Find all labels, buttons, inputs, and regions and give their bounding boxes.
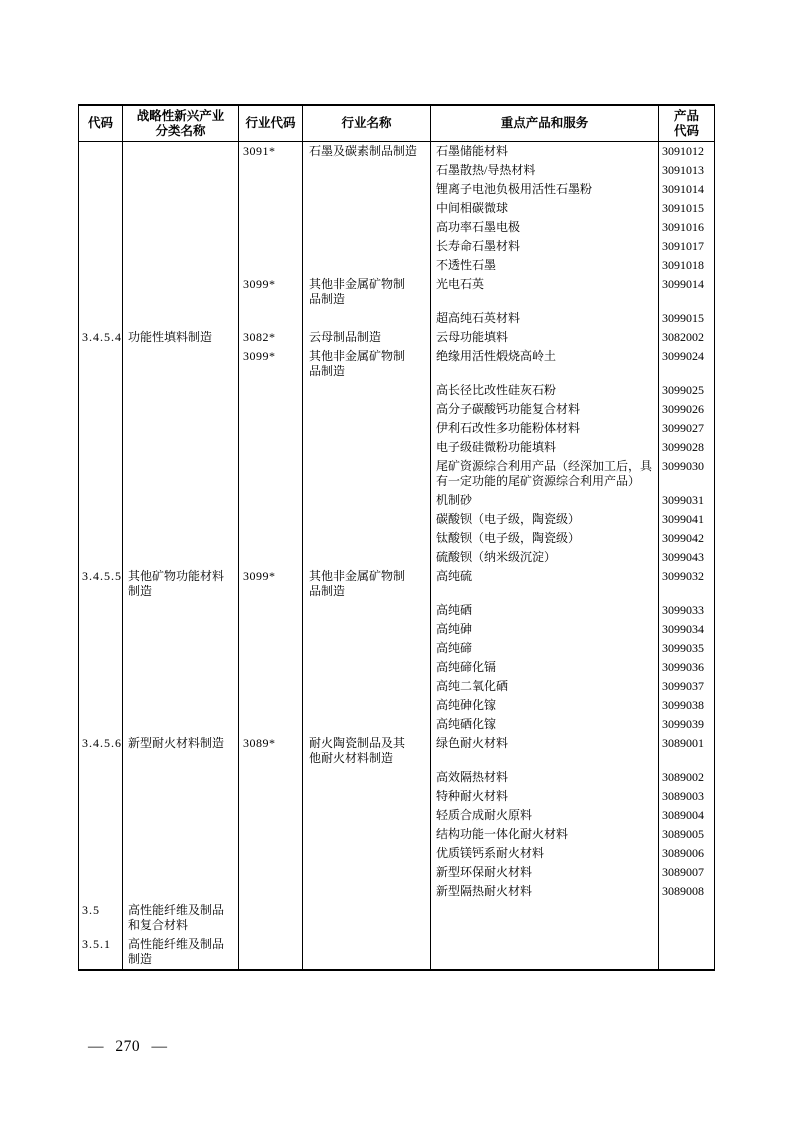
cell-product-code: 3099015 <box>659 309 714 328</box>
cell-code <box>79 620 123 639</box>
cell-industry-code <box>239 491 303 510</box>
cell-code <box>79 715 123 734</box>
cell-product-code: 3099025 <box>659 381 714 400</box>
cell-product: 超高纯石英材料 <box>431 309 659 328</box>
cell-class-name <box>123 529 239 548</box>
cell-code <box>79 218 123 237</box>
table-row: 3091*石墨及碳素制品制造石墨储能材料3091012 <box>79 142 714 161</box>
cell-industry-name <box>303 381 431 400</box>
table-row: 新型环保耐火材料3089007 <box>79 863 714 882</box>
cell-industry-name <box>303 935 431 969</box>
table-row: 高效隔热材料3089002 <box>79 768 714 787</box>
cell-product-code: 3099028 <box>659 438 714 457</box>
cell-product: 高纯砷化镓 <box>431 696 659 715</box>
cell-industry-code <box>239 768 303 787</box>
cell-industry-code <box>239 400 303 419</box>
table-row: 轻质合成耐火原料3089004 <box>79 806 714 825</box>
cell-product-code: 3099032 <box>659 567 714 601</box>
cell-industry-name <box>303 677 431 696</box>
cell-industry-name <box>303 457 431 491</box>
cell-product-code: 3082002 <box>659 328 714 347</box>
cell-product: 高长径比改性硅灰石粉 <box>431 381 659 400</box>
cell-class-name <box>123 218 239 237</box>
cell-product: 高功率石墨电极 <box>431 218 659 237</box>
cell-class-name <box>123 715 239 734</box>
cell-class-name <box>123 882 239 901</box>
cell-code <box>79 529 123 548</box>
cell-industry-name <box>303 639 431 658</box>
cell-product-code <box>659 901 714 935</box>
column-header-product-code: 产品 代码 <box>659 106 714 141</box>
cell-industry-code <box>239 696 303 715</box>
cell-code <box>79 658 123 677</box>
cell-product-code <box>659 935 714 969</box>
table-row: 3099*其他非金属矿物制 品制造光电石英3099014 <box>79 275 714 309</box>
cell-code <box>79 161 123 180</box>
cell-product: 高纯硫 <box>431 567 659 601</box>
cell-product: 高纯碲 <box>431 639 659 658</box>
cell-class-name <box>123 457 239 491</box>
cell-class-name <box>123 256 239 275</box>
cell-industry-code <box>239 180 303 199</box>
cell-product-code: 3099031 <box>659 491 714 510</box>
column-header-products-services: 重点产品和服务 <box>431 106 659 141</box>
cell-industry-name <box>303 309 431 328</box>
cell-class-name <box>123 491 239 510</box>
cell-class-name <box>123 180 239 199</box>
cell-industry-code <box>239 620 303 639</box>
cell-industry-code <box>239 548 303 567</box>
table-header-row: 代码 战略性新兴产业 分类名称 行业代码 行业名称 重点产品和服务 产品 代码 <box>79 106 714 142</box>
cell-class-name <box>123 161 239 180</box>
cell-product: 高分子碳酸钙功能复合材料 <box>431 400 659 419</box>
cell-code <box>79 419 123 438</box>
cell-industry-name <box>303 438 431 457</box>
cell-industry-name <box>303 419 431 438</box>
cell-industry-code <box>239 935 303 969</box>
cell-industry-code <box>239 658 303 677</box>
cell-industry-code <box>239 419 303 438</box>
cell-product-code: 3089002 <box>659 768 714 787</box>
cell-product: 云母功能填料 <box>431 328 659 347</box>
cell-industry-name: 耐火陶瓷制品及其 他耐火材料制造 <box>303 734 431 768</box>
cell-product-code: 3099043 <box>659 548 714 567</box>
cell-industry-name <box>303 901 431 935</box>
cell-class-name <box>123 347 239 381</box>
table-row: 新型隔热耐火材料3089008 <box>79 882 714 901</box>
cell-code <box>79 180 123 199</box>
cell-product-code: 3089007 <box>659 863 714 882</box>
cell-industry-code <box>239 218 303 237</box>
cell-industry-name: 其他非金属矿物制 品制造 <box>303 275 431 309</box>
cell-class-name <box>123 309 239 328</box>
cell-product <box>431 935 659 969</box>
cell-industry-code <box>239 161 303 180</box>
cell-industry-name <box>303 882 431 901</box>
cell-product-code: 3091012 <box>659 142 714 161</box>
table-row: 3.5.1高性能纤维及制品 制造 <box>79 935 714 969</box>
table-row: 高纯砷化镓3099038 <box>79 696 714 715</box>
table-row: 3.4.5.6新型耐火材料制造3089*耐火陶瓷制品及其 他耐火材料制造绿色耐火… <box>79 734 714 768</box>
cell-industry-code <box>239 806 303 825</box>
cell-code: 3.5.1 <box>79 935 123 969</box>
cell-product-code: 3099042 <box>659 529 714 548</box>
cell-class-name <box>123 806 239 825</box>
cell-code: 3.4.5.5 <box>79 567 123 601</box>
cell-industry-name <box>303 529 431 548</box>
table-row: 高纯硒3099033 <box>79 601 714 620</box>
cell-product-code: 3089004 <box>659 806 714 825</box>
cell-code <box>79 825 123 844</box>
cell-industry-name: 其他非金属矿物制 品制造 <box>303 567 431 601</box>
cell-code <box>79 457 123 491</box>
cell-product: 中间相碳微球 <box>431 199 659 218</box>
cell-product: 高纯硒化镓 <box>431 715 659 734</box>
table-row: 高分子碳酸钙功能复合材料3099026 <box>79 400 714 419</box>
cell-class-name <box>123 844 239 863</box>
cell-product: 不透性石墨 <box>431 256 659 275</box>
cell-industry-name <box>303 400 431 419</box>
cell-industry-name <box>303 658 431 677</box>
table-row: 长寿命石墨材料3091017 <box>79 237 714 256</box>
cell-product-code: 3089001 <box>659 734 714 768</box>
cell-class-name <box>123 548 239 567</box>
cell-class-name <box>123 419 239 438</box>
cell-industry-code: 3099* <box>239 275 303 309</box>
cell-product-code: 3099024 <box>659 347 714 381</box>
cell-product-code: 3091018 <box>659 256 714 275</box>
cell-class-name <box>123 696 239 715</box>
cell-industry-name <box>303 256 431 275</box>
table-row: 不透性石墨3091018 <box>79 256 714 275</box>
cell-code <box>79 510 123 529</box>
cell-product: 硫酸钡（纳米级沉淀） <box>431 548 659 567</box>
table-row: 高纯碲化镉3099036 <box>79 658 714 677</box>
table-row: 碳酸钡（电子级，陶瓷级）3099041 <box>79 510 714 529</box>
cell-product <box>431 901 659 935</box>
cell-product: 光电石英 <box>431 275 659 309</box>
cell-product: 碳酸钡（电子级，陶瓷级） <box>431 510 659 529</box>
cell-product: 绝缘用活性煅烧高岭土 <box>431 347 659 381</box>
cell-industry-name <box>303 844 431 863</box>
cell-code <box>79 275 123 309</box>
cell-industry-name <box>303 825 431 844</box>
cell-industry-name <box>303 218 431 237</box>
cell-industry-code <box>239 787 303 806</box>
table-row: 高纯硒化镓3099039 <box>79 715 714 734</box>
cell-product-code: 3099035 <box>659 639 714 658</box>
table-row: 伊利石改性多功能粉体材料3099027 <box>79 419 714 438</box>
cell-product-code: 3089008 <box>659 882 714 901</box>
cell-code <box>79 309 123 328</box>
cell-code <box>79 199 123 218</box>
cell-product-code: 3099014 <box>659 275 714 309</box>
cell-product: 石墨储能材料 <box>431 142 659 161</box>
cell-product-code: 3089006 <box>659 844 714 863</box>
cell-code <box>79 438 123 457</box>
table-row: 结构功能一体化耐火材料3089005 <box>79 825 714 844</box>
cell-code <box>79 882 123 901</box>
cell-class-name <box>123 142 239 161</box>
table-row: 尾矿资源综合利用产品（经深加工后，具 有一定功能的尾矿资源综合利用产品）3099… <box>79 457 714 491</box>
cell-code <box>79 787 123 806</box>
cell-class-name <box>123 199 239 218</box>
cell-product: 高纯砷 <box>431 620 659 639</box>
cell-code <box>79 491 123 510</box>
cell-code <box>79 601 123 620</box>
cell-product: 锂离子电池负极用活性石墨粉 <box>431 180 659 199</box>
cell-code <box>79 696 123 715</box>
table-row: 中间相碳微球3091015 <box>79 199 714 218</box>
cell-code <box>79 677 123 696</box>
cell-industry-name <box>303 237 431 256</box>
table-row: 电子级硅微粉功能填料3099028 <box>79 438 714 457</box>
cell-product: 绿色耐火材料 <box>431 734 659 768</box>
cell-code <box>79 142 123 161</box>
table-row: 高功率石墨电极3091016 <box>79 218 714 237</box>
cell-product-code: 3099038 <box>659 696 714 715</box>
page-number: — 270 — <box>88 1038 168 1056</box>
cell-industry-code <box>239 844 303 863</box>
cell-product-code: 3099041 <box>659 510 714 529</box>
table-row: 特种耐火材料3089003 <box>79 787 714 806</box>
cell-industry-code <box>239 825 303 844</box>
table-row: 硫酸钡（纳米级沉淀）3099043 <box>79 548 714 567</box>
cell-class-name: 新型耐火材料制造 <box>123 734 239 768</box>
cell-industry-name: 其他非金属矿物制 品制造 <box>303 347 431 381</box>
cell-product: 电子级硅微粉功能填料 <box>431 438 659 457</box>
cell-industry-name: 云母制品制造 <box>303 328 431 347</box>
cell-class-name <box>123 510 239 529</box>
column-header-code: 代码 <box>79 106 123 141</box>
cell-product: 高纯碲化镉 <box>431 658 659 677</box>
cell-industry-name <box>303 491 431 510</box>
cell-industry-name: 石墨及碳素制品制造 <box>303 142 431 161</box>
cell-industry-name <box>303 787 431 806</box>
cell-industry-code <box>239 381 303 400</box>
cell-code: 3.4.5.6 <box>79 734 123 768</box>
cell-industry-name <box>303 510 431 529</box>
cell-industry-name <box>303 620 431 639</box>
cell-product-code: 3091013 <box>659 161 714 180</box>
column-header-class-name: 战略性新兴产业 分类名称 <box>123 106 239 141</box>
cell-industry-code: 3099* <box>239 567 303 601</box>
cell-industry-code <box>239 529 303 548</box>
table-row: 高纯砷3099034 <box>79 620 714 639</box>
column-header-industry-code: 行业代码 <box>239 106 303 141</box>
cell-industry-code <box>239 901 303 935</box>
cell-class-name <box>123 601 239 620</box>
table-row: 高纯二氧化硒3099037 <box>79 677 714 696</box>
cell-industry-name <box>303 161 431 180</box>
cell-product-code: 3091017 <box>659 237 714 256</box>
cell-product: 高纯硒 <box>431 601 659 620</box>
cell-product: 新型环保耐火材料 <box>431 863 659 882</box>
cell-product-code: 3099034 <box>659 620 714 639</box>
cell-industry-code <box>239 863 303 882</box>
cell-product-code: 3099039 <box>659 715 714 734</box>
cell-product-code: 3091014 <box>659 180 714 199</box>
table-row: 3.5高性能纤维及制品 和复合材料 <box>79 901 714 935</box>
cell-product-code: 3099030 <box>659 457 714 491</box>
cell-product: 尾矿资源综合利用产品（经深加工后，具 有一定功能的尾矿资源综合利用产品） <box>431 457 659 491</box>
cell-class-name: 高性能纤维及制品 制造 <box>123 935 239 969</box>
cell-industry-code <box>239 601 303 620</box>
cell-code <box>79 844 123 863</box>
cell-product-code: 3099027 <box>659 419 714 438</box>
cell-product-code: 3099026 <box>659 400 714 419</box>
cell-code: 3.5 <box>79 901 123 935</box>
cell-class-name <box>123 620 239 639</box>
cell-class-name <box>123 639 239 658</box>
cell-class-name <box>123 237 239 256</box>
cell-product-code: 3091015 <box>659 199 714 218</box>
column-header-industry-name: 行业名称 <box>303 106 431 141</box>
cell-product-code: 3089005 <box>659 825 714 844</box>
cell-industry-name <box>303 806 431 825</box>
cell-product: 高纯二氧化硒 <box>431 677 659 696</box>
cell-product: 钛酸钡（电子级，陶瓷级） <box>431 529 659 548</box>
cell-product-code: 3099036 <box>659 658 714 677</box>
table-row: 高长径比改性硅灰石粉3099025 <box>79 381 714 400</box>
cell-product-code: 3089003 <box>659 787 714 806</box>
cell-industry-name <box>303 696 431 715</box>
cell-product: 石墨散热/导热材料 <box>431 161 659 180</box>
table-row: 优质镁钙系耐火材料3089006 <box>79 844 714 863</box>
cell-industry-code: 3082* <box>239 328 303 347</box>
cell-class-name <box>123 438 239 457</box>
cell-product-code: 3099033 <box>659 601 714 620</box>
cell-industry-name <box>303 180 431 199</box>
cell-industry-code: 3089* <box>239 734 303 768</box>
cell-code <box>79 237 123 256</box>
cell-product: 伊利石改性多功能粉体材料 <box>431 419 659 438</box>
cell-industry-name <box>303 768 431 787</box>
cell-product: 结构功能一体化耐火材料 <box>431 825 659 844</box>
cell-code: 3.4.5.4 <box>79 328 123 347</box>
cell-code <box>79 256 123 275</box>
cell-class-name <box>123 787 239 806</box>
cell-product: 特种耐火材料 <box>431 787 659 806</box>
cell-class-name <box>123 863 239 882</box>
table-row: 3.4.5.4功能性填料制造3082*云母制品制造云母功能填料3082002 <box>79 328 714 347</box>
cell-industry-name <box>303 863 431 882</box>
cell-code <box>79 768 123 787</box>
cell-product-code: 3099037 <box>659 677 714 696</box>
cell-industry-name <box>303 715 431 734</box>
cell-industry-code <box>239 309 303 328</box>
cell-industry-code <box>239 237 303 256</box>
cell-product-code: 3091016 <box>659 218 714 237</box>
cell-industry-name <box>303 548 431 567</box>
cell-product: 长寿命石墨材料 <box>431 237 659 256</box>
table-body: 3091*石墨及碳素制品制造石墨储能材料3091012石墨散热/导热材料3091… <box>79 142 714 969</box>
cell-industry-code <box>239 256 303 275</box>
cell-code <box>79 548 123 567</box>
cell-class-name: 功能性填料制造 <box>123 328 239 347</box>
cell-class-name <box>123 677 239 696</box>
table-row: 锂离子电池负极用活性石墨粉3091014 <box>79 180 714 199</box>
cell-code <box>79 381 123 400</box>
cell-class-name <box>123 658 239 677</box>
table-row: 石墨散热/导热材料3091013 <box>79 161 714 180</box>
cell-industry-code <box>239 639 303 658</box>
document-page: { "page": { "number_display": "— 270 —" … <box>0 0 793 1122</box>
cell-industry-code <box>239 882 303 901</box>
cell-class-name <box>123 768 239 787</box>
cell-industry-name <box>303 601 431 620</box>
cell-class-name <box>123 400 239 419</box>
cell-industry-code <box>239 457 303 491</box>
table-row: 机制砂3099031 <box>79 491 714 510</box>
table-row: 3.4.5.5其他矿物功能材料 制造3099*其他非金属矿物制 品制造高纯硫30… <box>79 567 714 601</box>
cell-product: 机制砂 <box>431 491 659 510</box>
cell-code <box>79 806 123 825</box>
cell-industry-code <box>239 510 303 529</box>
cell-industry-code <box>239 199 303 218</box>
cell-product: 高效隔热材料 <box>431 768 659 787</box>
table-row: 高纯碲3099035 <box>79 639 714 658</box>
cell-class-name <box>123 275 239 309</box>
cell-class-name <box>123 825 239 844</box>
cell-class-name: 其他矿物功能材料 制造 <box>123 567 239 601</box>
cell-industry-code: 3091* <box>239 142 303 161</box>
cell-industry-code <box>239 677 303 696</box>
cell-product: 轻质合成耐火原料 <box>431 806 659 825</box>
cell-industry-code: 3099* <box>239 347 303 381</box>
cell-industry-code <box>239 715 303 734</box>
cell-industry-code <box>239 438 303 457</box>
cell-product: 新型隔热耐火材料 <box>431 882 659 901</box>
cell-product: 优质镁钙系耐火材料 <box>431 844 659 863</box>
cell-class-name <box>123 381 239 400</box>
table-row: 超高纯石英材料3099015 <box>79 309 714 328</box>
table-row: 钛酸钡（电子级，陶瓷级）3099042 <box>79 529 714 548</box>
cell-industry-name <box>303 199 431 218</box>
cell-code <box>79 639 123 658</box>
cell-class-name: 高性能纤维及制品 和复合材料 <box>123 901 239 935</box>
cell-code <box>79 863 123 882</box>
table-row: 3099*其他非金属矿物制 品制造绝缘用活性煅烧高岭土3099024 <box>79 347 714 381</box>
classification-table: 代码 战略性新兴产业 分类名称 行业代码 行业名称 重点产品和服务 产品 代码 … <box>78 104 715 971</box>
cell-code <box>79 347 123 381</box>
cell-code <box>79 400 123 419</box>
